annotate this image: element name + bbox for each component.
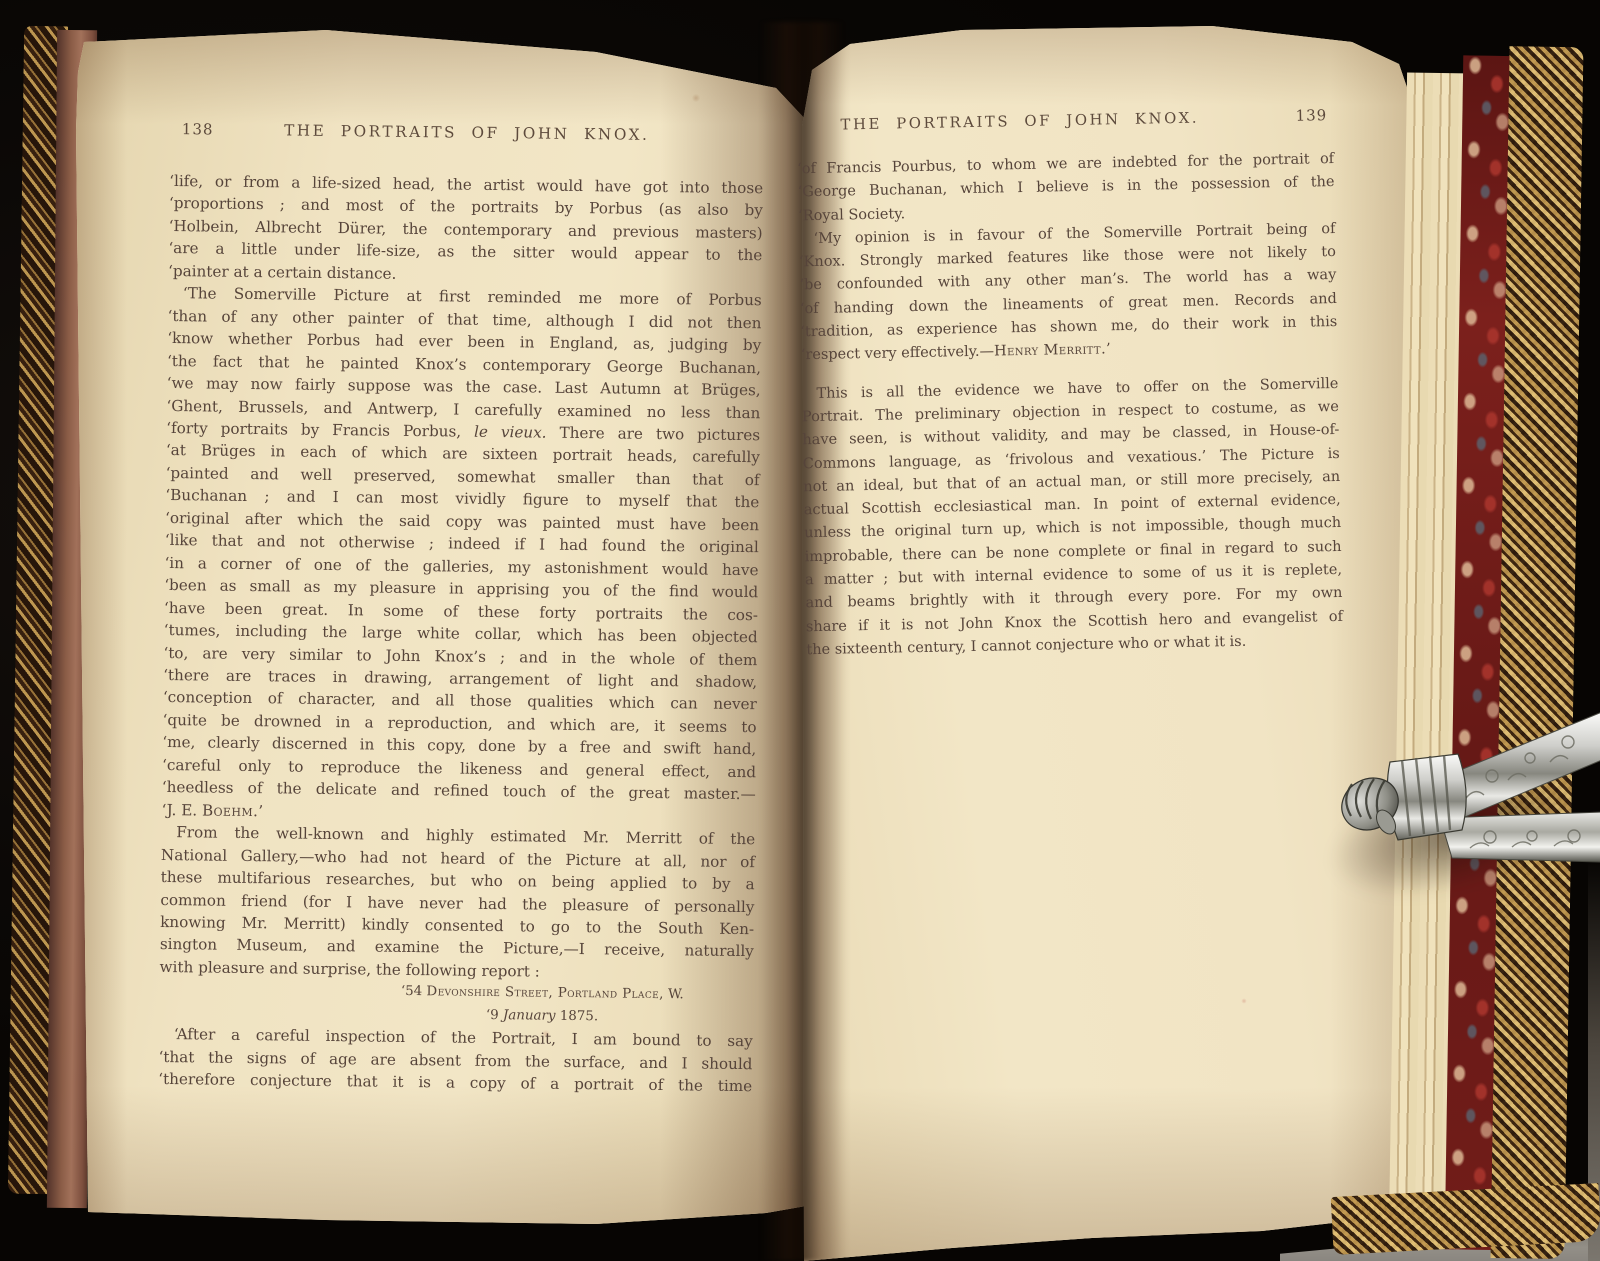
left-running-head: 138 THE PORTRAITS OF JOHN KNOX. — [170, 116, 764, 155]
photo-of-open-antique-book: 138 THE PORTRAITS OF JOHN KNOX. ‘life, o… — [0, 0, 1600, 1261]
quoted-paragraph: ‘The Somerville Picture at first reminde… — [161, 282, 762, 828]
left-page-body: ‘life, or from a life-sized head, the ar… — [158, 170, 763, 1098]
left-page-number: 138 — [182, 118, 214, 141]
letter-address: ‘54 Devonshire Street, Portland Place, W… — [159, 978, 754, 1030]
right-page-body: ‘of Francis Pourbus, to whom we are inde… — [797, 148, 1344, 662]
quoted-paragraph: ‘of Francis Pourbus, to whom we are inde… — [797, 148, 1335, 228]
quoted-paragraph: ‘life, or from a life-sized head, the ar… — [168, 170, 763, 290]
quoted-paragraph: ‘My opinion is in favour of the Somervil… — [798, 218, 1338, 368]
left-page-text: 138 THE PORTRAITS OF JOHN KNOX. ‘life, o… — [158, 116, 764, 1098]
book-right-edge — [1388, 44, 1600, 1259]
narrative-paragraph: This is all the evidence we have to offe… — [801, 373, 1343, 663]
right-page-number: 139 — [1295, 104, 1327, 128]
narrative-paragraph: From the well-known and highly estimated… — [159, 821, 755, 985]
quoted-paragraph: ‘After a careful inspection of the Portr… — [158, 1023, 753, 1098]
clasp-cuff — [1387, 754, 1466, 840]
right-page-text: THE PORTRAITS OF JOHN KNOX. 139 ‘of Fran… — [796, 102, 1343, 662]
silver-hand-clasp — [1340, 700, 1600, 920]
